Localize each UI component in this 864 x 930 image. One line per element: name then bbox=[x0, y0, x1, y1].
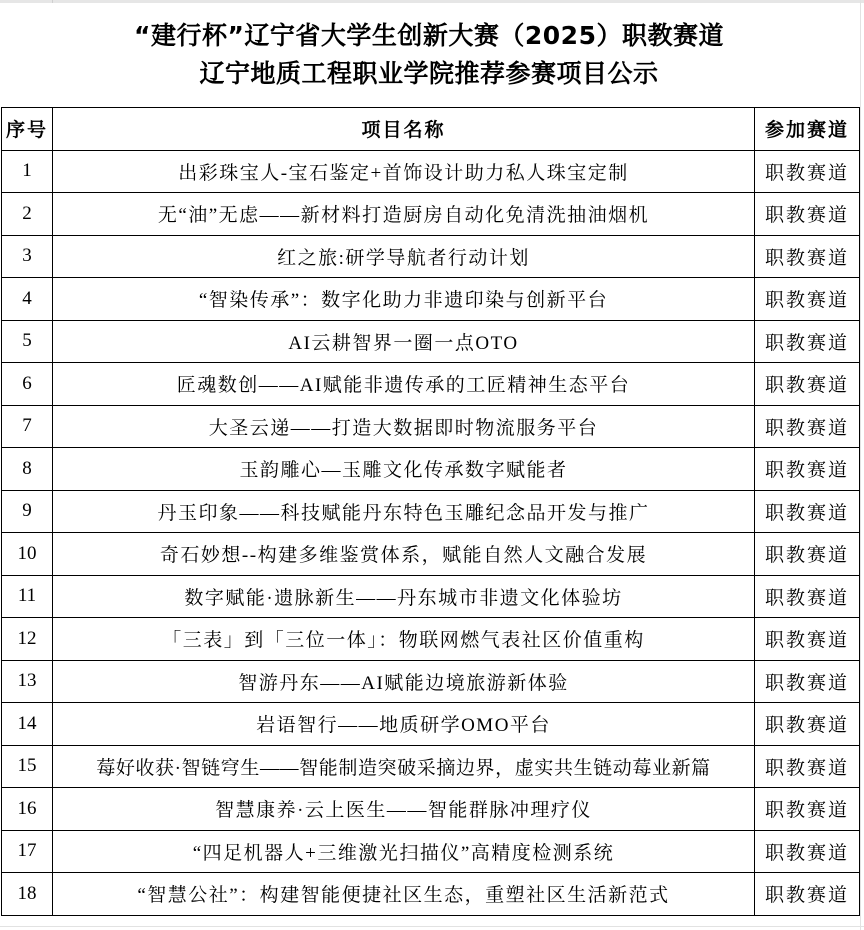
cell-no: 12 bbox=[2, 618, 53, 661]
header-project-name: 项目名称 bbox=[53, 108, 755, 151]
table-row: 8玉韵雕心—玉雕文化传承数字赋能者职教赛道 bbox=[2, 448, 860, 491]
cell-track: 职教赛道 bbox=[755, 618, 860, 661]
table-row: 11数字赋能·遗脉新生——丹东城市非遗文化体验坊职教赛道 bbox=[2, 575, 860, 618]
cell-no: 9 bbox=[2, 490, 53, 533]
cell-no: 14 bbox=[2, 703, 53, 746]
cell-project-name: 大圣云递——打造大数据即时物流服务平台 bbox=[53, 405, 755, 448]
cell-project-name: 无“油”无虑——新材料打造厨房自动化免清洗抽油烟机 bbox=[53, 193, 755, 236]
cell-track: 职教赛道 bbox=[755, 533, 860, 576]
table-row: 13智游丹东——AI赋能边境旅游新体验职教赛道 bbox=[2, 660, 860, 703]
cell-track: 职教赛道 bbox=[755, 320, 860, 363]
cell-project-name: 岩语智行——地质研学OMO平台 bbox=[53, 703, 755, 746]
cell-project-name: 智慧康养·云上医生——智能群脉冲理疗仪 bbox=[53, 788, 755, 831]
cell-track: 职教赛道 bbox=[755, 830, 860, 873]
cell-no: 18 bbox=[2, 873, 53, 916]
table-row: 14岩语智行——地质研学OMO平台职教赛道 bbox=[2, 703, 860, 746]
title-line-1: “建行杯”辽宁省大学生创新大赛（2025）职教赛道 bbox=[134, 17, 724, 55]
cell-track: 职教赛道 bbox=[755, 490, 860, 533]
table-row: 4“智染传承”：数字化助力非遗印染与创新平台职教赛道 bbox=[2, 278, 860, 321]
cell-project-name: AI云耕智界一圈一点OTO bbox=[53, 320, 755, 363]
header-no: 序号 bbox=[2, 108, 53, 151]
cell-no: 2 bbox=[2, 193, 53, 236]
cell-no: 11 bbox=[2, 575, 53, 618]
cell-track: 职教赛道 bbox=[755, 235, 860, 278]
cell-no: 4 bbox=[2, 278, 53, 321]
cell-project-name: 数字赋能·遗脉新生——丹东城市非遗文化体验坊 bbox=[53, 575, 755, 618]
cell-track: 职教赛道 bbox=[755, 193, 860, 236]
cell-no: 15 bbox=[2, 745, 53, 788]
header-track: 参加赛道 bbox=[755, 108, 860, 151]
cell-project-name: 「三表」到「三位一体」：物联网燃气表社区价值重构 bbox=[53, 618, 755, 661]
cell-project-name: “智染传承”：数字化助力非遗印染与创新平台 bbox=[53, 278, 755, 321]
table-row: 5AI云耕智界一圈一点OTO职教赛道 bbox=[2, 320, 860, 363]
cell-project-name: 玉韵雕心—玉雕文化传承数字赋能者 bbox=[53, 448, 755, 491]
cell-track: 职教赛道 bbox=[755, 575, 860, 618]
cell-project-name: 莓好收获·智链穹生——智能制造突破采摘边界，虚实共生链动莓业新篇 bbox=[53, 745, 755, 788]
cell-track: 职教赛道 bbox=[755, 405, 860, 448]
cell-project-name: 智游丹东——AI赋能边境旅游新体验 bbox=[53, 660, 755, 703]
table-row: 1出彩珠宝人-宝石鉴定+首饰设计助力私人珠宝定制职教赛道 bbox=[2, 150, 860, 193]
cell-project-name: 匠魂数创——AI赋能非遗传承的工匠精神生态平台 bbox=[53, 363, 755, 406]
cell-track: 职教赛道 bbox=[755, 703, 860, 746]
table-row: 2无“油”无虑——新材料打造厨房自动化免清洗抽油烟机职教赛道 bbox=[2, 193, 860, 236]
cell-track: 职教赛道 bbox=[755, 788, 860, 831]
table-row: 9丹玉印象——科技赋能丹东特色玉雕纪念品开发与推广职教赛道 bbox=[2, 490, 860, 533]
cell-no: 6 bbox=[2, 363, 53, 406]
cell-no: 13 bbox=[2, 660, 53, 703]
cell-track: 职教赛道 bbox=[755, 278, 860, 321]
table-row: 18“智慧公社”：构建智能便捷社区生态，重塑社区生活新范式职教赛道 bbox=[2, 873, 860, 916]
cell-project-name: “四足机器人+三维激光扫描仪”高精度检测系统 bbox=[53, 830, 755, 873]
cell-track: 职教赛道 bbox=[755, 150, 860, 193]
table-row: 6匠魂数创——AI赋能非遗传承的工匠精神生态平台职教赛道 bbox=[2, 363, 860, 406]
cell-no: 16 bbox=[2, 788, 53, 831]
cell-no: 10 bbox=[2, 533, 53, 576]
cell-project-name: 丹玉印象——科技赋能丹东特色玉雕纪念品开发与推广 bbox=[53, 490, 755, 533]
project-table: 序号 项目名称 参加赛道 1出彩珠宝人-宝石鉴定+首饰设计助力私人珠宝定制职教赛… bbox=[1, 107, 860, 916]
cell-no: 5 bbox=[2, 320, 53, 363]
table-header-row: 序号 项目名称 参加赛道 bbox=[2, 108, 860, 151]
cell-no: 1 bbox=[2, 150, 53, 193]
cell-no: 7 bbox=[2, 405, 53, 448]
cell-project-name: 红之旅:研学导航者行动计划 bbox=[53, 235, 755, 278]
cell-track: 职教赛道 bbox=[755, 873, 860, 916]
cell-track: 职教赛道 bbox=[755, 448, 860, 491]
table-row: 3红之旅:研学导航者行动计划职教赛道 bbox=[2, 235, 860, 278]
table-row: 10奇石妙想--构建多维鉴赏体系，赋能自然人文融合发展职教赛道 bbox=[2, 533, 860, 576]
cell-no: 8 bbox=[2, 448, 53, 491]
title-line-2: 辽宁地质工程职业学院推荐参赛项目公示 bbox=[199, 55, 658, 93]
cell-project-name: 出彩珠宝人-宝石鉴定+首饰设计助力私人珠宝定制 bbox=[53, 150, 755, 193]
table-row: 17“四足机器人+三维激光扫描仪”高精度检测系统职教赛道 bbox=[2, 830, 860, 873]
document-title: “建行杯”辽宁省大学生创新大赛（2025）职教赛道 辽宁地质工程职业学院推荐参赛… bbox=[0, 3, 858, 107]
table-row: 16智慧康养·云上医生——智能群脉冲理疗仪职教赛道 bbox=[2, 788, 860, 831]
table-row: 15莓好收获·智链穹生——智能制造突破采摘边界，虚实共生链动莓业新篇职教赛道 bbox=[2, 745, 860, 788]
cell-track: 职教赛道 bbox=[755, 363, 860, 406]
cell-track: 职教赛道 bbox=[755, 660, 860, 703]
cell-project-name: 奇石妙想--构建多维鉴赏体系，赋能自然人文融合发展 bbox=[53, 533, 755, 576]
cell-no: 3 bbox=[2, 235, 53, 278]
cell-no: 17 bbox=[2, 830, 53, 873]
table-row: 12「三表」到「三位一体」：物联网燃气表社区价值重构职教赛道 bbox=[2, 618, 860, 661]
table-row: 7大圣云递——打造大数据即时物流服务平台职教赛道 bbox=[2, 405, 860, 448]
cell-track: 职教赛道 bbox=[755, 745, 860, 788]
cell-project-name: “智慧公社”：构建智能便捷社区生态，重塑社区生活新范式 bbox=[53, 873, 755, 916]
sheet-gridline-bottom bbox=[0, 926, 864, 927]
sheet-gridline-right bbox=[860, 0, 861, 930]
